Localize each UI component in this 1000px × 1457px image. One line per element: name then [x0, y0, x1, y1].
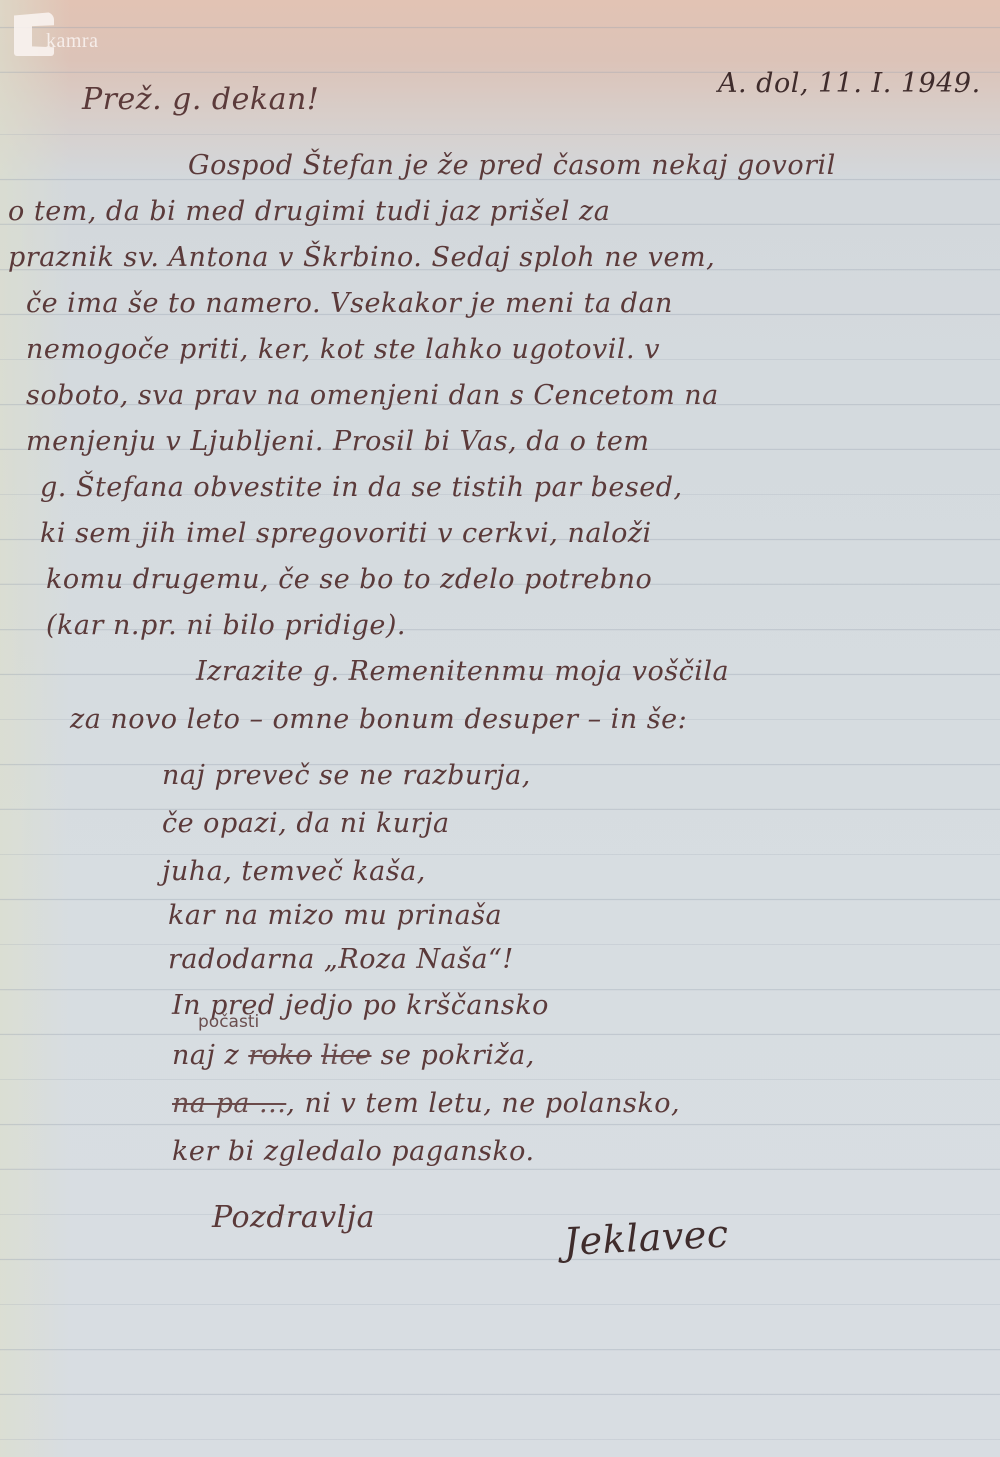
body-line: soboto, sva prav na omenjeni dan s Cence… [26, 380, 719, 411]
poem-line: ker bi zgledalo pagansko. [172, 1136, 535, 1167]
correction-insert: počasti [198, 1012, 259, 1032]
letter-date: A. dol, 11. I. 1949. [718, 68, 981, 99]
kamra-watermark: kamra [12, 10, 132, 60]
body-line: Gospod Štefan je že pred časom nekaj gov… [188, 150, 836, 181]
body-line: ki sem jih imel spregovoriti v cerkvi, n… [40, 518, 652, 549]
poem-line: naj z roko lice se pokriža, [172, 1040, 535, 1071]
poem-line: kar na mizo mu prinaša [168, 900, 502, 931]
struck-word: lice [321, 1040, 371, 1071]
closing-greeting: Pozdravlja [212, 1200, 375, 1235]
poem-line-start: naj z [172, 1040, 248, 1071]
kamra-logo-text: kamra [46, 30, 98, 53]
body-line: nemogoče priti, ker, kot ste lahko ugoto… [26, 334, 660, 365]
poem-line-end: , ni v tem letu, ne polansko, [286, 1088, 680, 1119]
struck-word: roko [248, 1040, 312, 1071]
body-line: če ima še to namero. Vsekakor je meni ta… [26, 288, 673, 319]
poem-line: če opazi, da ni kurja [162, 808, 450, 839]
body-line: za novo leto – omne bonum desuper – in š… [70, 704, 687, 735]
poem-line-end: se pokriža, [372, 1040, 535, 1071]
body-line: Izrazite g. Remenitenmu moja voščila [196, 656, 729, 687]
body-line: komu drugemu, če se bo to zdelo potrebno [46, 564, 652, 595]
signature: Jeklavec [563, 1211, 730, 1264]
body-line: (kar n.pr. ni bilo pridige). [46, 610, 406, 641]
body-line: g. Štefana obvestite in da se tistih par… [40, 472, 683, 503]
salutation: Prež. g. dekan! [82, 82, 319, 117]
poem-line: radodarna „Roza Naša“! [168, 944, 514, 975]
poem-line: naj preveč se ne razburja, [162, 760, 531, 791]
body-line: o tem, da bi med drugimi tudi jaz prišel… [8, 196, 610, 227]
poem-line: juha, temveč kaša, [162, 856, 426, 887]
body-line: menjenju v Ljubljeni. Prosil bi Vas, da … [26, 426, 649, 457]
struck-word: na pa ... [172, 1088, 286, 1119]
poem-line: na pa ..., ni v tem letu, ne polansko, [172, 1088, 680, 1119]
body-line: praznik sv. Antona v Škrbino. Sedaj splo… [8, 242, 715, 273]
